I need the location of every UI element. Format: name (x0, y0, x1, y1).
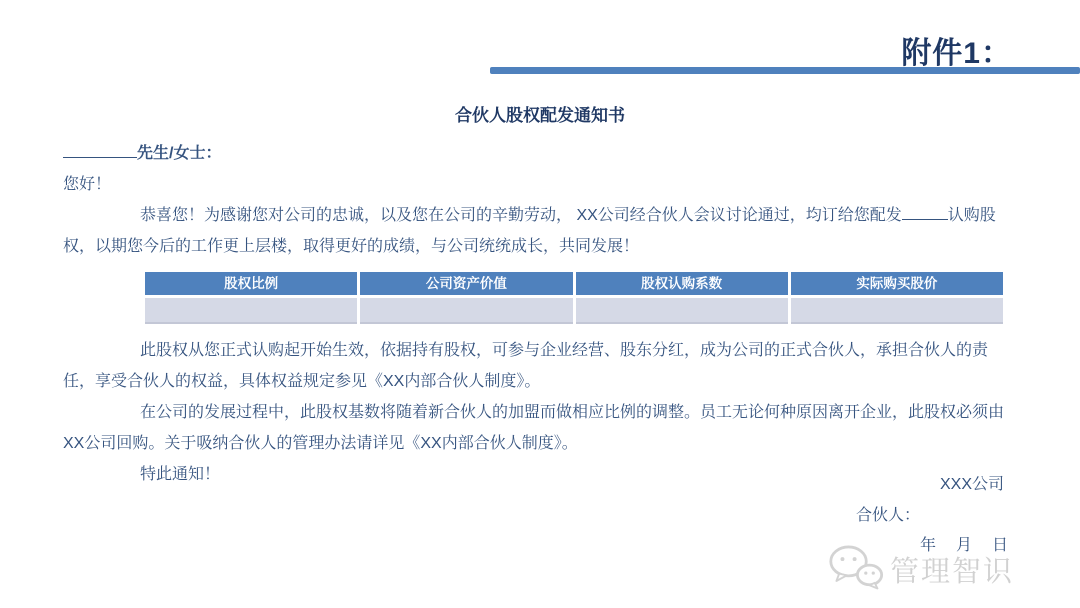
company-signature: XXX公司 (940, 471, 1004, 494)
column-header-actual-purchase-price: 实际购买股价 (791, 272, 1003, 295)
greeting-line: 您好！ (63, 169, 1017, 200)
salutation-label: 先生/女士： (137, 145, 221, 162)
header-divider-line (490, 67, 1080, 74)
attachment-label: 附件1： (901, 28, 1012, 72)
table-row (145, 298, 1003, 324)
closing-line: 特此通知！ (63, 459, 1017, 490)
equity-amount-blank (902, 206, 948, 220)
paragraph-adjustment-buyback: 在公司的发展过程中，此股权基数将随着新合伙人的加盟而做相应比例的调整。员工无论何… (63, 397, 1017, 459)
paragraph-equity-effect: 此股权从您正式认购起开始生效，依据持有股权，可参与企业经营、股东分红，成为公司的… (63, 335, 1017, 397)
wechat-bubbles-icon (828, 543, 884, 596)
column-header-company-asset-value: 公司资产价值 (360, 272, 572, 295)
cell-equity-ratio-value (145, 298, 357, 324)
table-header-row: 股权比例 公司资产价值 股权认购系数 实际购买股价 (145, 272, 1003, 295)
recipient-name-blank (63, 144, 137, 158)
partner-signature-label: 合伙人： (856, 502, 920, 525)
cell-actual-purchase-price-value (791, 298, 1003, 324)
paragraph-congratulations: 恭喜您！为感谢您对公司的忠诚，以及您在公司的辛勤劳动， XX公司经合伙人会议讨论… (63, 200, 1017, 262)
document-page: 附件1： 合伙人股权配发通知书 先生/女士： 您好！ 恭喜您！为感谢您对公司的忠… (0, 0, 1080, 608)
column-header-subscription-coefficient: 股权认购系数 (576, 272, 788, 295)
watermark-brand-text: 管理智识 (890, 549, 1014, 590)
cell-company-asset-value (360, 298, 572, 324)
cell-subscription-coefficient-value (576, 298, 788, 324)
date-line: 年 月 日 (920, 532, 1010, 555)
salutation-line: 先生/女士： (63, 138, 1017, 169)
letter-body: 先生/女士： 您好！ 恭喜您！为感谢您对公司的忠诚，以及您在公司的辛勤劳动， X… (63, 138, 1017, 490)
equity-allocation-table: 股权比例 公司资产价值 股权认购系数 实际购买股价 (142, 269, 1006, 327)
document-title: 合伙人股权配发通知书 (0, 101, 1080, 126)
column-header-equity-ratio: 股权比例 (145, 272, 357, 295)
paragraph-congratulations-text-start: 恭喜您！为感谢您对公司的忠诚，以及您在公司的辛勤劳动， XX公司经合伙人会议讨论… (140, 207, 902, 224)
